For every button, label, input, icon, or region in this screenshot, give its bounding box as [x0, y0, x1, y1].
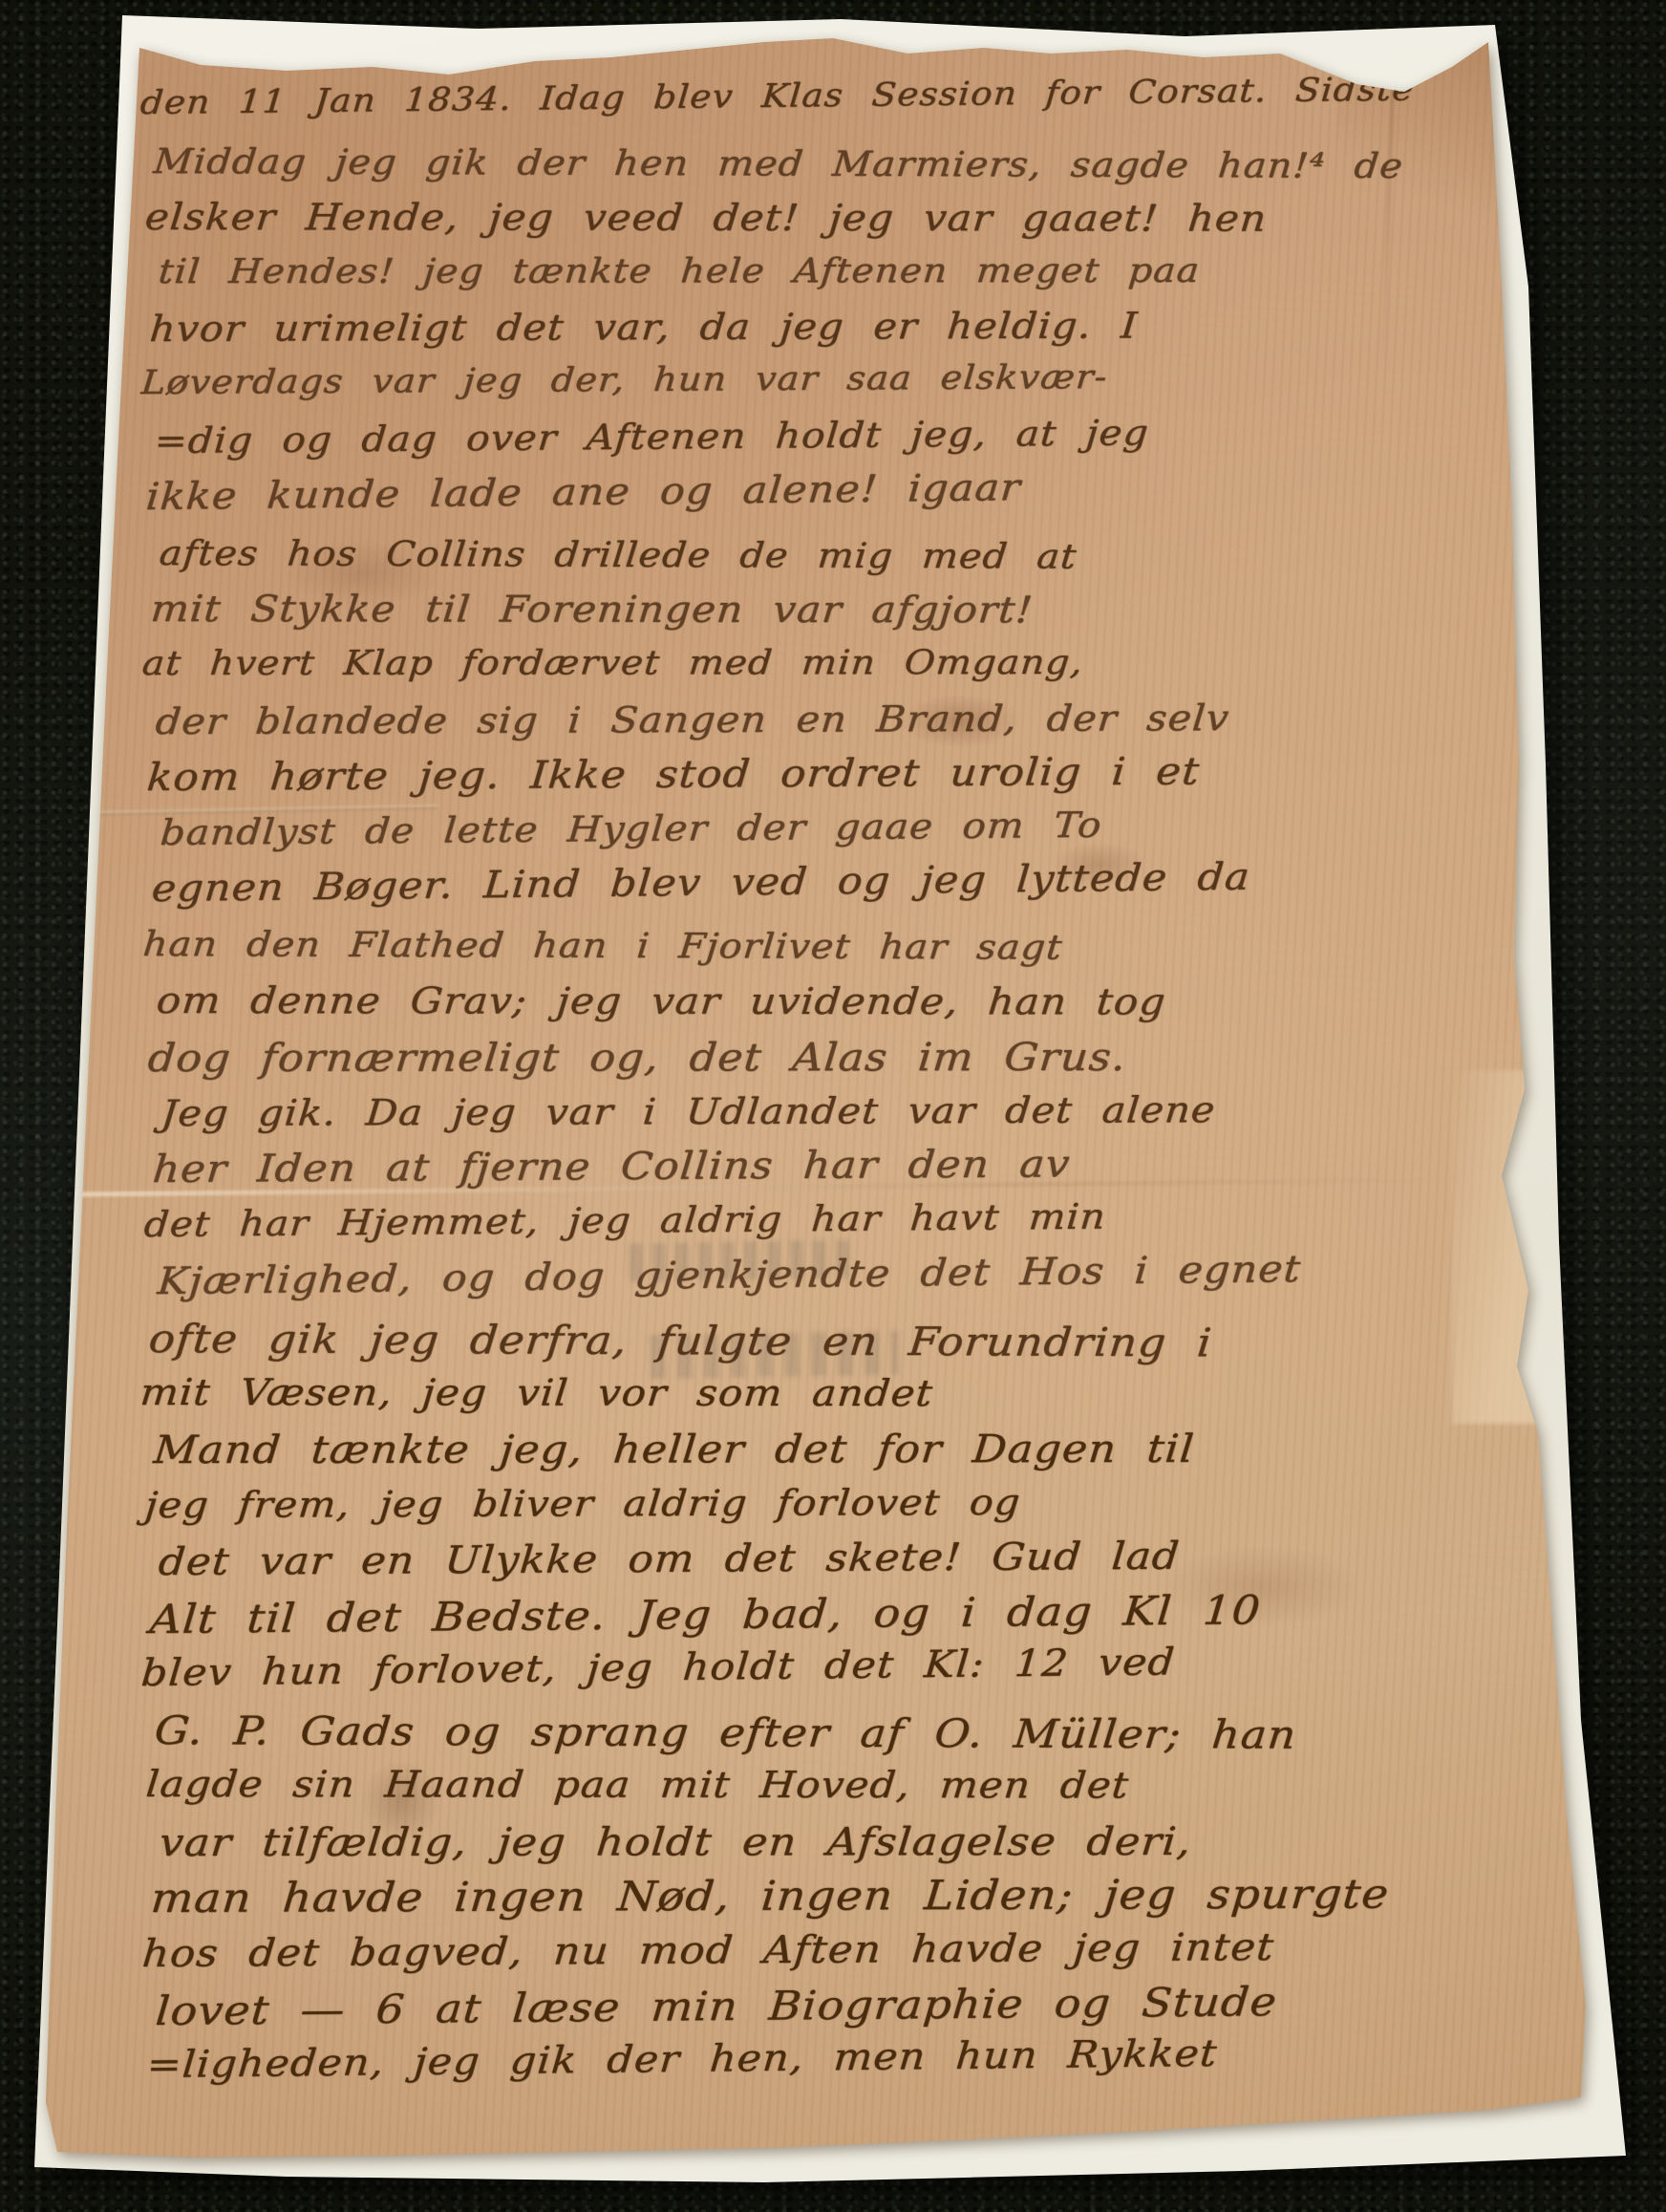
handwritten-line: at hvert Klap fordærvet med min Omgang, — [140, 643, 1084, 683]
handwritten-line: dog fornærmeligt og, det Alas im Grus. — [146, 1035, 1128, 1081]
handwritten-line: lagde sin Haand paa mit Hoved, men det — [144, 1764, 1131, 1807]
handwritten-line: Kjærlighed, og dog gjenkjendte det Hos i… — [156, 1248, 1302, 1303]
handwritten-line: Middag jeg gik der hen med Marmiers, sag… — [152, 140, 1405, 186]
handwritten-line: den 11 Jan 1834. Idag blev Klas Session … — [139, 71, 1416, 122]
photo-background: den 11 Jan 1834. Idag blev Klas Session … — [0, 0, 1666, 2212]
handwritten-line: ikke kunde lade ane og alene! igaar — [144, 466, 1022, 519]
handwritten-line: hos det bagved, nu mod Aften havde jeg i… — [140, 1925, 1276, 1976]
handwritten-line: ofte gik jeg derfra, fulgte en Forundrin… — [147, 1316, 1214, 1365]
handwritten-line: lovet — 6 at læse min Biographie og Stud… — [154, 1979, 1279, 2035]
manuscript-page: den 11 Jan 1834. Idag blev Klas Session … — [0, 0, 1666, 2212]
handwritten-line: her Iden at fjerne Collins har den av — [151, 1143, 1072, 1192]
handwritten-line: Alt til det Bedste. Jeg bad, og i dag Kl… — [148, 1586, 1263, 1643]
handwritten-line: hvor urimeligt det var, da jeg er heldig… — [148, 305, 1140, 351]
handwritten-line: G. P. Gads og sprang efter af O. Müller;… — [153, 1707, 1299, 1758]
handwritten-line: aftes hos Collins drillede de mig med at — [158, 532, 1079, 577]
handwritten-line: til Hendes! jeg tænkte hele Aftenen mege… — [157, 251, 1202, 291]
handwritten-line: Jeg gik. Da jeg var i Udlandet var det a… — [160, 1088, 1217, 1134]
handwritten-line: Mand tænkte jeg, heller det for Dagen ti… — [152, 1427, 1196, 1472]
handwritten-line: der blandede sig i Sangen en Brand, der … — [154, 697, 1231, 742]
handwritten-line: blev hun forlovet, jeg holdt det Kl: 12 … — [139, 1641, 1177, 1695]
handwritten-line: bandlyst de lette Hygler der gaae om To — [159, 805, 1103, 853]
handwritten-line: jeg frem, jeg bliver aldrig forlovet og — [143, 1481, 1022, 1526]
handwritten-line: det har Hjemmet, jeg aldrig har havt min — [142, 1196, 1107, 1245]
handwritten-line: mit Væsen, jeg vil vor som andet — [139, 1372, 935, 1415]
handwritten-line: kom hørte jeg. Ikke stod ordret urolig i… — [145, 750, 1202, 801]
handwritten-line: Løverdags var jeg der, hun var saa elskv… — [139, 358, 1109, 402]
handwritten-line: =dig og dag over Aftenen holdt jeg, at j… — [153, 412, 1150, 462]
handwritten-line: om denne Grav; jeg var uvidende, han tog — [155, 980, 1167, 1023]
handwritten-line: =ligheden, jeg gik der hen, men hun Rykk… — [145, 2032, 1219, 2087]
handwritten-line: han den Flathed han i Fjorlivet har sagt — [141, 924, 1064, 968]
handwritten-line: mit Stykke til Foreningen var afgjort! — [149, 588, 1035, 632]
handwritten-line: man havde ingen Nød, ingen Liden; jeg sp… — [149, 1872, 1391, 1923]
handwritten-text-block: den 11 Jan 1834. Idag blev Klas Session … — [0, 0, 1666, 2212]
handwritten-line: elsker Hende, jeg veed det! jeg var gaae… — [143, 196, 1269, 241]
manuscript-page-wrap: den 11 Jan 1834. Idag blev Klas Session … — [0, 0, 1666, 2212]
handwritten-line: egnen Bøger. Lind blev ved og jeg lytted… — [150, 856, 1251, 911]
handwritten-line: det var en Ulykke om det skete! Gud lad — [157, 1534, 1182, 1583]
handwritten-line: var tilfældig, jeg holdt en Afslagelse d… — [158, 1818, 1193, 1864]
